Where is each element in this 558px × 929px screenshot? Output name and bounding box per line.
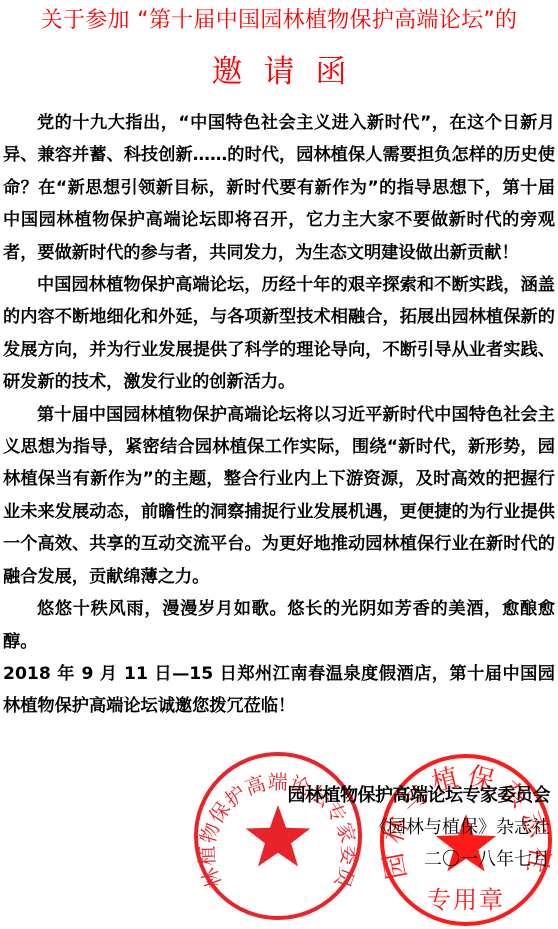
paragraph-intro: 党的十九大指出，“中国特色社会主义进入新时代”，在这个日新月异、兼容并蓄、科技创…	[3, 107, 555, 269]
signature-block: 园林植物保护高端论坛专家委员会 《园林与植保》杂志社 二〇一八年七月	[288, 780, 551, 876]
paragraph-event-details: 2018 年 9 月 11 日—15 日郑州江南春温泉度假酒店，第十届中国园林植…	[3, 658, 555, 723]
paragraph-forum-theme: 第十届中国园林植物保护高端论坛将以习近平新时代中国特色社会主义思想为指导，紧密结…	[3, 399, 555, 593]
document-title: 邀请函	[0, 52, 558, 92]
signature-date: 二〇一八年七月	[288, 844, 551, 876]
paragraph-closing-verse: 悠悠十秩风雨，漫漫岁月如歌。悠长的光阴如芳香的美酒，愈酿愈醇。	[3, 593, 555, 658]
document-subtitle: 关于参加 “第十届中国园林植物保护高端论坛”的	[0, 8, 558, 34]
signature-magazine: 《园林与植保》杂志社	[288, 812, 551, 844]
letter-body: 党的十九大指出，“中国特色社会主义进入新时代”，在这个日新月异、兼容并蓄、科技创…	[3, 107, 555, 723]
paragraph-forum-history: 中国园林植物保护高端论坛，历经十年的艰辛探索和不断实践，涵盖的内容不断地细化和外…	[3, 269, 555, 399]
signature-organizer: 园林植物保护高端论坛专家委员会	[288, 780, 551, 812]
seal-right-bottom-text: 专用章	[427, 886, 505, 914]
